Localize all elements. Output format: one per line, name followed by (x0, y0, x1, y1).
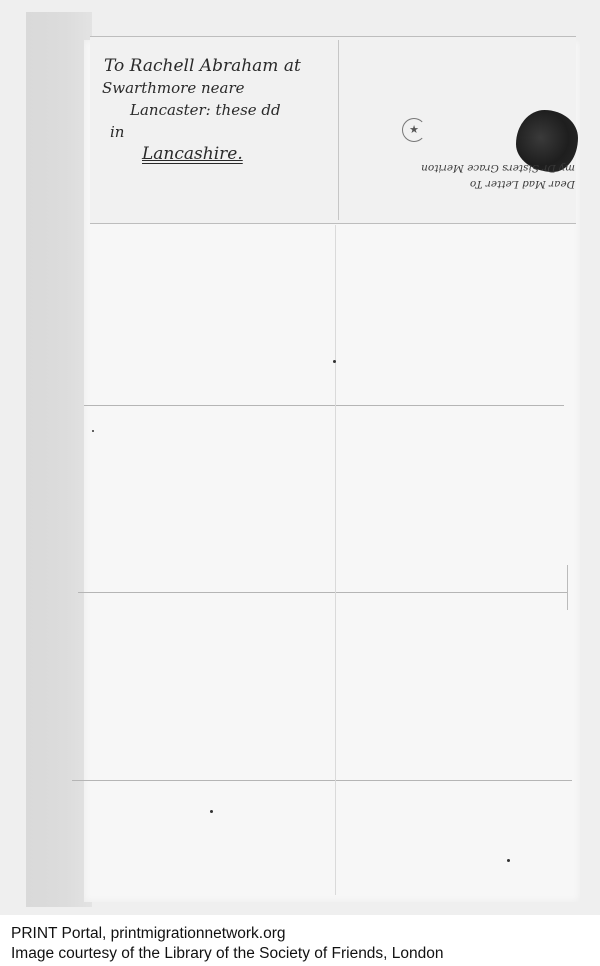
address-line: Swarthmore neare (102, 77, 340, 99)
address-line: in (110, 121, 340, 143)
document-scan: To Rachell Abraham at Swarthmore neare L… (0, 0, 600, 915)
tear-mark (567, 565, 568, 610)
fold-line (84, 405, 564, 406)
fold-line (72, 780, 572, 781)
mounting-strip (26, 12, 92, 907)
caption-source: PRINT Portal, printmigrationnetwork.org (11, 924, 444, 944)
ink-speck (210, 810, 213, 813)
ink-speck (92, 430, 94, 432)
fold-line (78, 592, 568, 593)
postmark-icon: ★ (402, 118, 426, 142)
ink-speck (507, 859, 510, 862)
fold-line-vertical (335, 225, 336, 895)
endorsement-line: Dear Mad Letter To (345, 176, 575, 192)
address-block: To Rachell Abraham at Swarthmore neare L… (100, 55, 340, 165)
image-caption: PRINT Portal, printmigrationnetwork.org … (11, 924, 444, 964)
endorsement-block: Dear Mad Letter To my Dr Sisters Grace M… (345, 160, 575, 192)
ink-speck (333, 360, 336, 363)
caption-credit: Image courtesy of the Library of the Soc… (11, 944, 444, 964)
address-line: Lancaster: these dd (130, 99, 340, 121)
endorsement-line: my Dr Sisters Grace Meriton (345, 160, 575, 176)
address-line: To Rachell Abraham at (104, 55, 340, 77)
address-line: Lancashire. (142, 143, 340, 165)
